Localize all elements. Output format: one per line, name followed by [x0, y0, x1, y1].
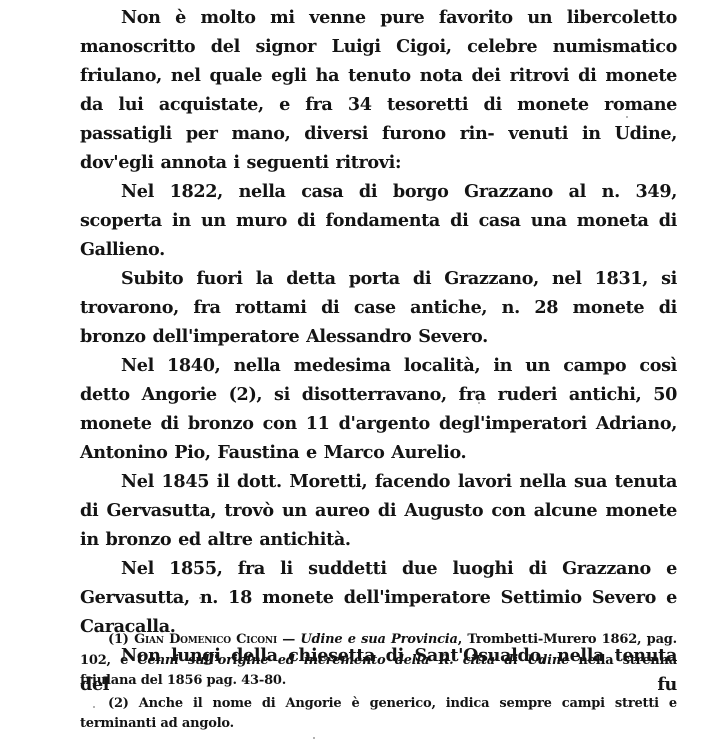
paragraph-1: Non è molto mi venne pure favorito un li…: [80, 3, 677, 177]
line: Alessandro Severo.: [306, 326, 488, 347]
footnote-title: Udine e sua Provincia: [300, 632, 457, 647]
paragraph-2: Nel 1822, nella casa di borgo Grazzano a…: [80, 177, 677, 264]
main-text: Non è molto mi venne pure favorito un li…: [80, 3, 677, 699]
paragraph-6: Nel 1855, fra li suddetti due luoghi di …: [80, 554, 677, 641]
paragraph-3: Subito fuori la detta porta di Grazzano,…: [80, 264, 677, 351]
footnote-text: Anche il nome di Angorie è generico, ind…: [80, 696, 677, 732]
footnote-marker: (2): [108, 696, 129, 711]
scan-speck: [199, 597, 201, 599]
footnote-marker: (1): [108, 632, 129, 647]
line: ed altre antichità.: [178, 529, 351, 550]
footnote-dash: —: [277, 632, 300, 647]
paragraph-5: Nel 1845 il dott. Moretti, facendo lavor…: [80, 467, 677, 554]
paragraph-4: Nel 1840, nella medesima località, in un…: [80, 351, 677, 467]
scan-speck: [313, 737, 315, 739]
footnote-author: Gian Domenico Ciconi: [134, 632, 277, 647]
line: e Marco Aurelio.: [306, 442, 466, 463]
footnotes: (1) Gian Domenico Ciconi — Udine e sua P…: [80, 630, 677, 735]
line: Gervasutta, trovò un aureo di Augusto co…: [80, 500, 677, 550]
scan-speck: [93, 706, 95, 708]
scan-speck: [614, 277, 616, 279]
footnote-title-2: Cenni sull'origine ed incremento della R…: [137, 653, 569, 668]
scan-speck: [478, 402, 480, 404]
footnote-2: (2) Anche il nome di Angorie è generico,…: [80, 694, 677, 735]
footnote-1: (1) Gian Domenico Ciconi — Udine e sua P…: [80, 630, 677, 692]
scan-speck: [626, 116, 628, 118]
